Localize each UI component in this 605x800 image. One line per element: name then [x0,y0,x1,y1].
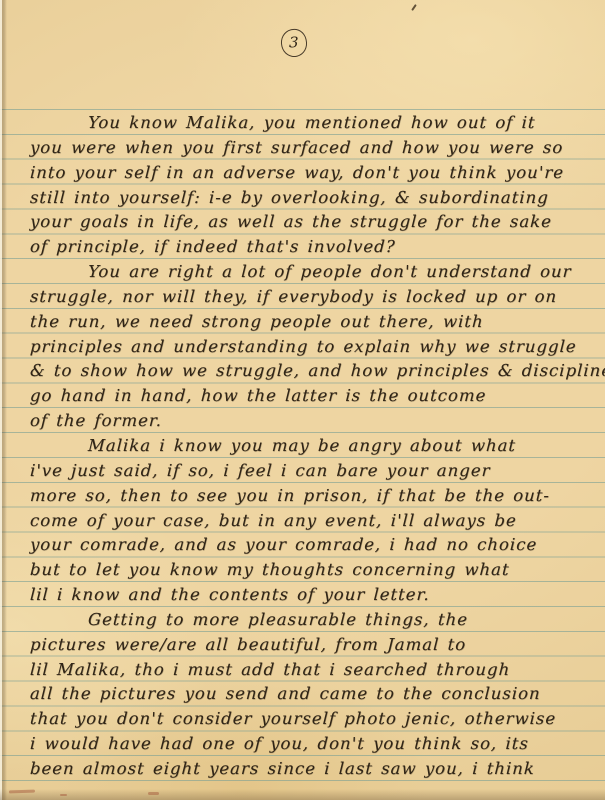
handwritten-line: principles and understanding to explain … [0,334,605,359]
handwritten-line: lil Malika, tho i must add that i search… [0,657,605,682]
handwritten-line: but to let you know my thoughts concerni… [0,557,605,582]
handwritten-line: been almost eight years since i last saw… [0,756,605,781]
page-left-edge-shadow [0,0,7,800]
handwritten-line: struggle, nor will they, if everybody is… [0,284,605,309]
handwritten-line: come of your case, but in any event, i'l… [0,508,605,533]
page-bottom-edge-shadow [0,789,605,800]
handwritten-line: lil i know and the contents of your lett… [0,582,605,607]
handwritten-line: you were when you first surfaced and how… [0,135,605,160]
handwritten-line: into your self in an adverse way, don't … [0,160,605,185]
handwritten-line: pictures were/are all beautiful, from Ja… [0,632,605,657]
page-number: 3 [289,34,299,52]
handwritten-line: i would have had one of you, don't you t… [0,731,605,756]
page-number-circle: 3 [278,26,310,59]
ink-speck [411,4,417,11]
handwritten-line: your comrade, and as your comrade, i had… [0,532,605,557]
letter-body: You know Malika, you mentioned how out o… [0,110,605,781]
paper-speck [148,792,159,795]
handwritten-line: Getting to more pleasurable things, the [0,607,605,632]
scanned-letter-page: 3 You know Malika, you mentioned how out… [0,0,605,800]
handwritten-line: that you don't consider yourself photo j… [0,706,605,731]
paper-speck [60,794,67,796]
handwritten-line: You know Malika, you mentioned how out o… [0,110,605,135]
handwritten-line: i've just said, if so, i feel i can bare… [0,458,605,483]
handwritten-line: still into yourself: i-e by overlooking,… [0,185,605,210]
handwritten-line: of the former. [0,408,605,433]
handwritten-line: all the pictures you send and came to th… [0,681,605,706]
handwritten-line: & to show how we struggle, and how princ… [0,358,605,383]
handwritten-line: your goals in life, as well as the strug… [0,209,605,234]
handwritten-line: go hand in hand, how the latter is the o… [0,383,605,408]
handwritten-line: more so, then to see you in prison, if t… [0,483,605,508]
handwritten-line: of principle, if indeed that's involved? [0,234,605,259]
handwritten-line: Malika i know you may be angry about wha… [0,433,605,458]
handwritten-line: You are right a lot of people don't unde… [0,259,605,284]
handwritten-line: the run, we need strong people out there… [0,309,605,334]
